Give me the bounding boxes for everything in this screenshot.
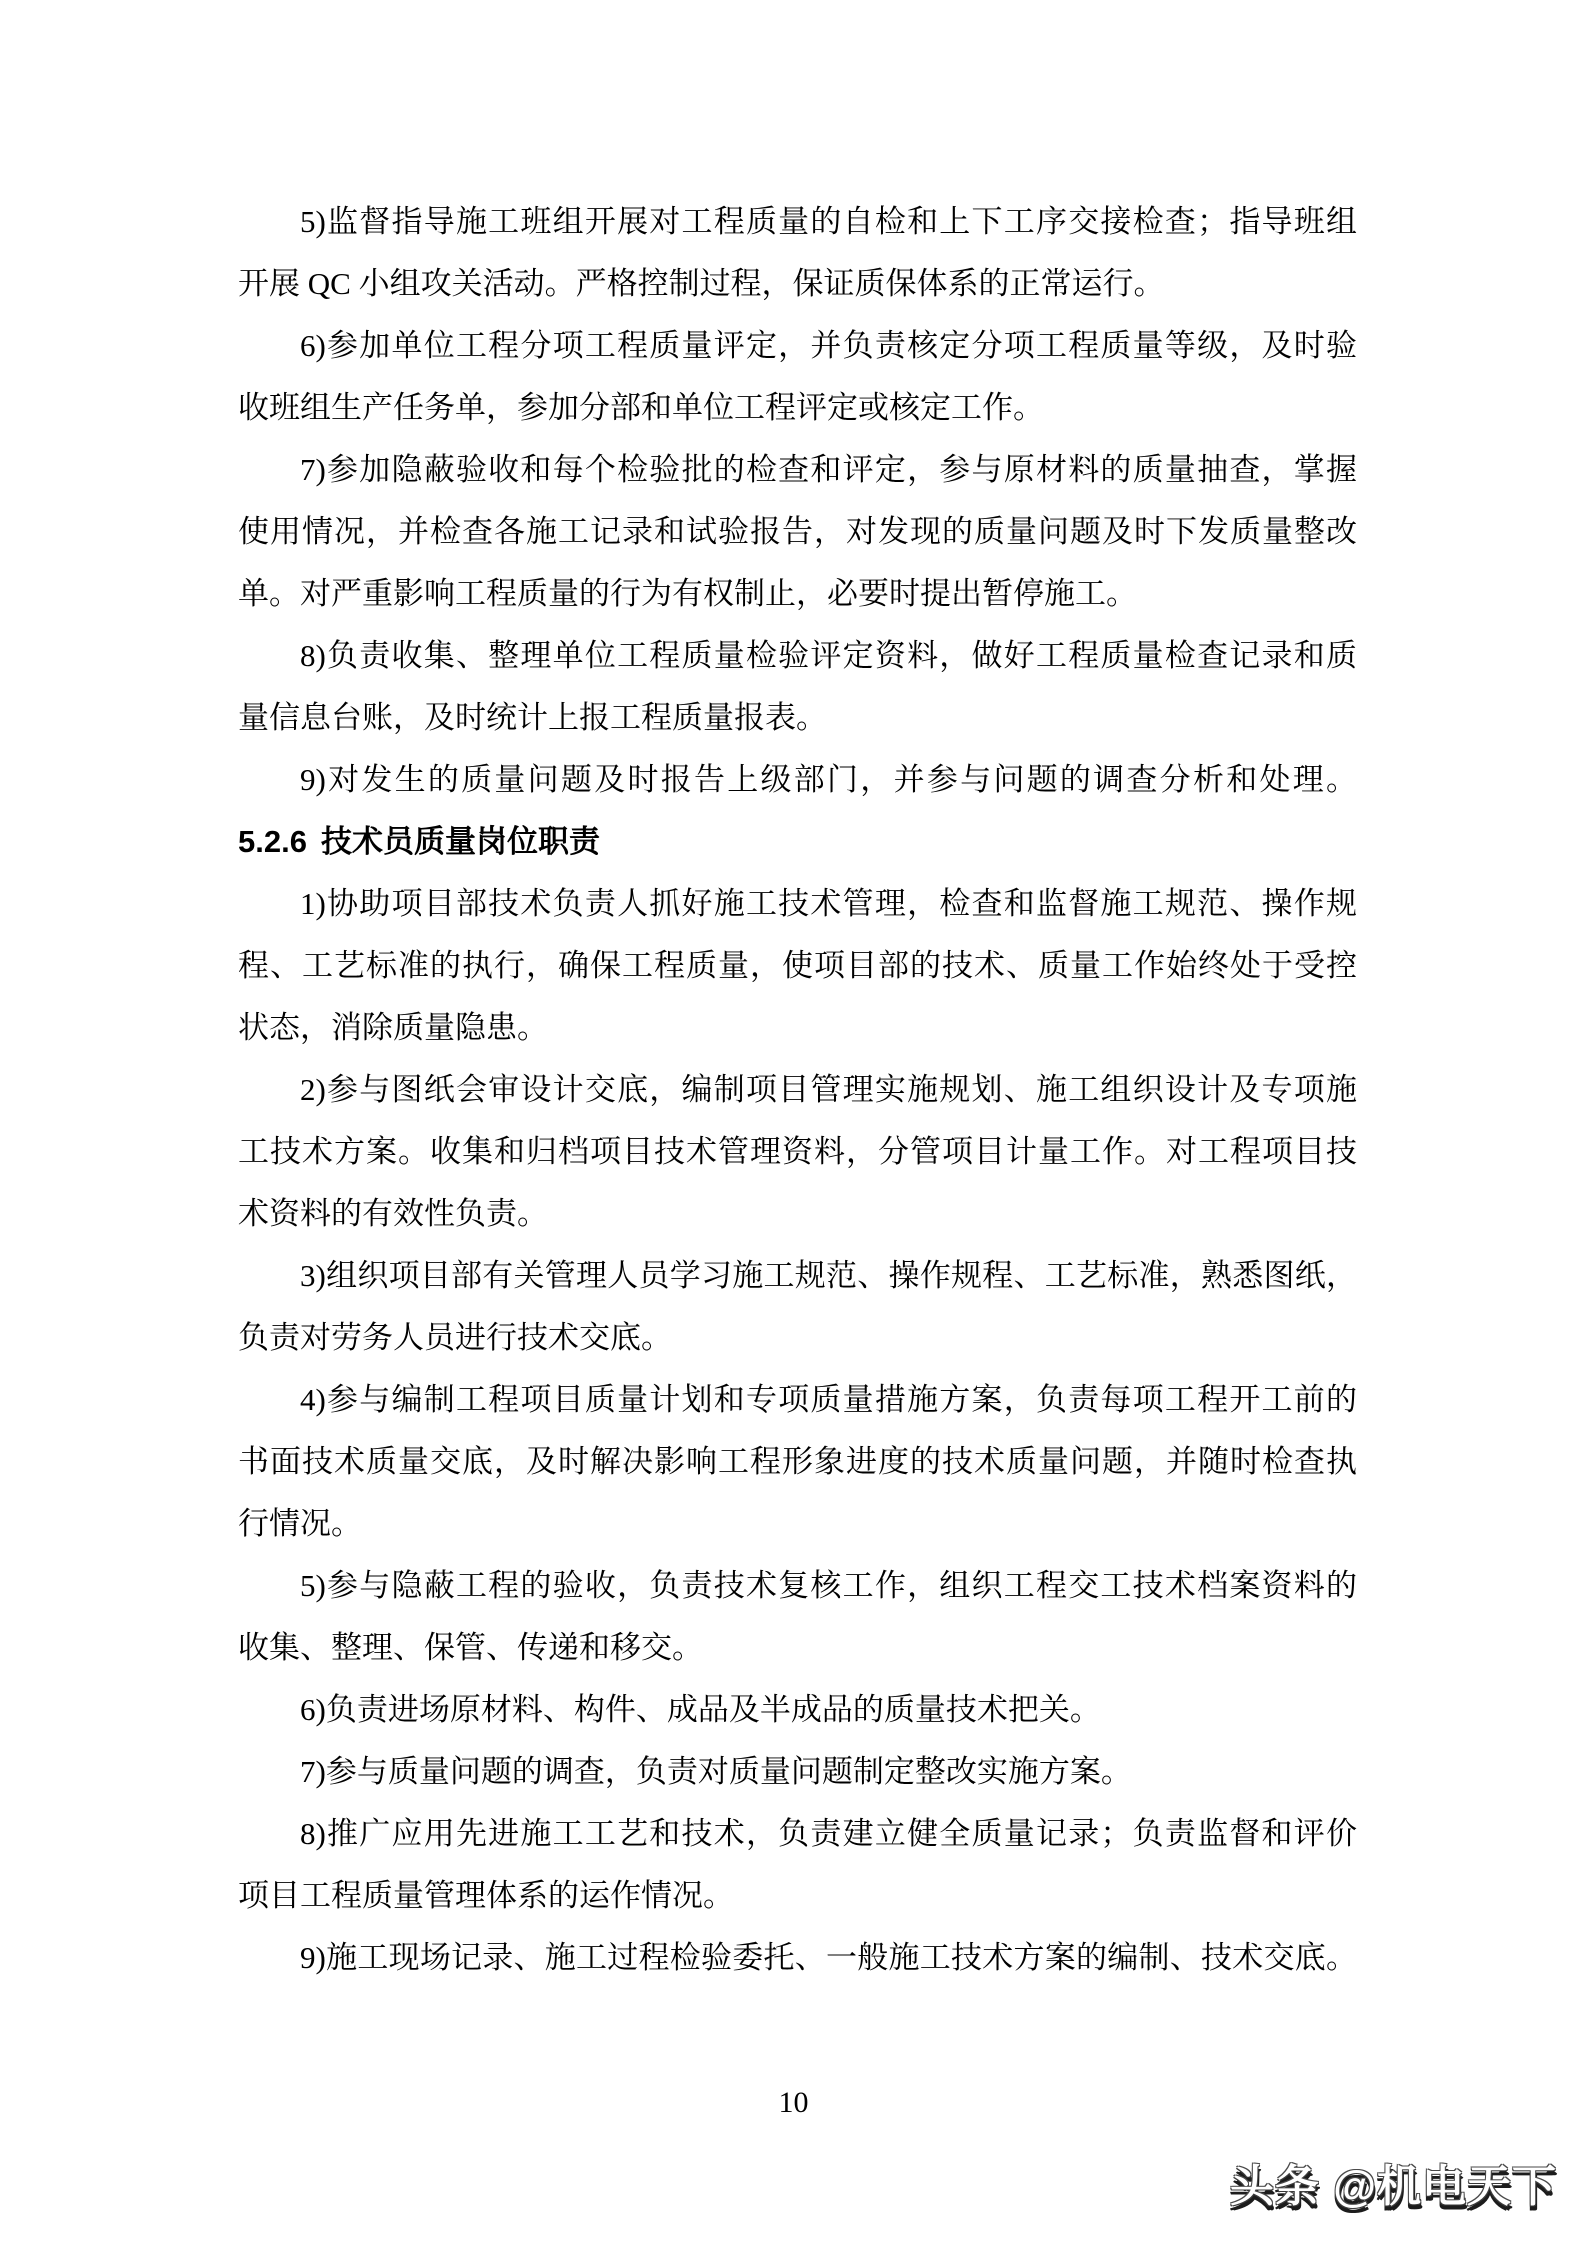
text-line: 开展 QC 小组攻关活动。严格控制过程，保证质保体系的正常运行。 [238,253,1357,315]
text-line: 2)参与图纸会审设计交底，编制项目管理实施规划、施工组织设计及专项施 [238,1059,1357,1121]
text-line: 工技术方案。收集和归档项目技术管理资料，分管项目计量工作。对工程项目技 [238,1121,1357,1183]
text-line: 收集、整理、保管、传递和移交。 [238,1617,1357,1679]
text-line: 状态，消除质量隐患。 [238,997,1357,1059]
text-line: 负责对劳务人员进行技术交底。 [238,1307,1357,1369]
text-line: 4)参与编制工程项目质量计划和专项质量措施方案，负责每项工程开工前的 [238,1369,1357,1431]
heading-title: 技术员质量岗位职责 [321,824,600,859]
text-line: 6)参加单位工程分项工程质量评定，并负责核定分项工程质量等级，及时验 [238,315,1357,377]
text-line: 项目工程质量管理体系的运作情况。 [238,1865,1357,1927]
document-body: 5)监督指导施工班组开展对工程质量的自检和上下工序交接检查；指导班组开展 QC … [238,191,1357,1989]
text-line: 1)协助项目部技术负责人抓好施工技术管理，检查和监督施工规范、操作规 [238,873,1357,935]
text-line: 7)参加隐蔽验收和每个检验批的检查和评定，参与原材料的质量抽查，掌握 [238,439,1357,501]
text-line: 使用情况，并检查各施工记录和试验报告，对发现的质量问题及时下发质量整改 [238,501,1357,563]
text-line: 3)组织项目部有关管理人员学习施工规范、操作规程、工艺标准，熟悉图纸， [238,1245,1357,1307]
text-line: 9)施工现场记录、施工过程检验委托、一般施工技术方案的编制、技术交底。 [238,1927,1357,1989]
heading-number: 5.2.6 [238,824,307,859]
document-page: 5)监督指导施工班组开展对工程质量的自检和上下工序交接检查；指导班组开展 QC … [0,0,1587,2245]
text-line: 9)对发生的质量问题及时报告上级部门，并参与问题的调查分析和处理。 [238,749,1357,811]
text-line: 术资料的有效性负责。 [238,1183,1357,1245]
text-line: 8)推广应用先进施工工艺和技术，负责建立健全质量记录；负责监督和评价 [238,1803,1357,1865]
page-number: 10 [0,2086,1587,2120]
text-line: 单。对严重影响工程质量的行为有权制止，必要时提出暂停施工。 [238,563,1357,625]
text-line: 行情况。 [238,1493,1357,1555]
text-line: 5)参与隐蔽工程的验收，负责技术复核工作，组织工程交工技术档案资料的 [238,1555,1357,1617]
watermark-text: 头条 @机电天下 [1230,2158,1557,2216]
text-line: 7)参与质量问题的调查，负责对质量问题制定整改实施方案。 [238,1741,1357,1803]
text-line: 5)监督指导施工班组开展对工程质量的自检和上下工序交接检查；指导班组 [238,191,1357,253]
text-line: 收班组生产任务单，参加分部和单位工程评定或核定工作。 [238,377,1357,439]
text-line: 程、工艺标准的执行，确保工程质量，使项目部的技术、质量工作始终处于受控 [238,935,1357,997]
text-line: 量信息台账，及时统计上报工程质量报表。 [238,687,1357,749]
section-heading: 5.2.6技术员质量岗位职责 [238,811,1357,873]
text-line: 6)负责进场原材料、构件、成品及半成品的质量技术把关。 [238,1679,1357,1741]
text-line: 8)负责收集、整理单位工程质量检验评定资料，做好工程质量检查记录和质 [238,625,1357,687]
text-line: 书面技术质量交底，及时解决影响工程形象进度的技术质量问题，并随时检查执 [238,1431,1357,1493]
